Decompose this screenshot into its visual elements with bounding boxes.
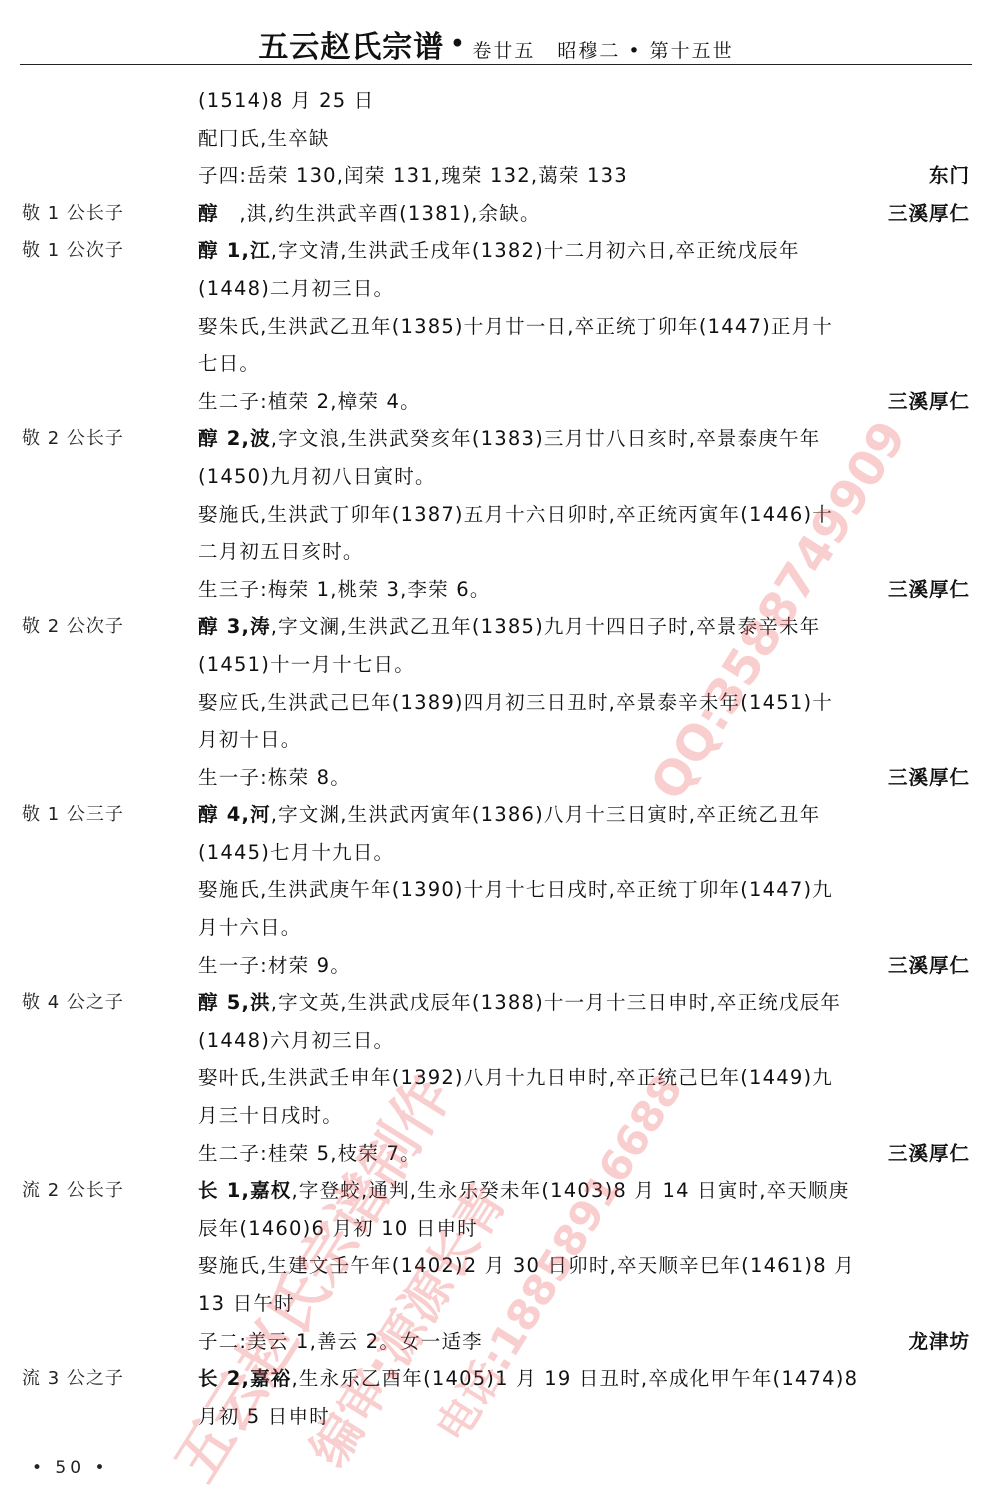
entry-text: 月初 5 日申时 [198,1398,330,1436]
entry-line: (1448)六月初三日。 [0,1022,992,1060]
entry-line: 子四:岳荣 130,闰荣 131,瑰荣 132,蔼荣 133东门 [0,157,992,195]
entry-detail: 二月初五日亥时。 [198,540,364,563]
entry-text: 七日。 [198,345,260,383]
relation-label: 敬 2 公长子 [22,420,124,458]
entry-detail: 生三子:梅荣 1,桃荣 3,李荣 6。 [198,578,491,601]
entry-detail: 月初十日。 [198,728,302,751]
entry-text: 醇 5,洪,字文英,生洪武戊辰年(1388)十一月十三日申时,卒正统戊辰年 [198,984,841,1022]
entry-line: (1514)8 月 25 日 [0,82,992,120]
entry-line: 子二:美云 1,善云 2。女一适李龙津坊 [0,1323,992,1361]
relation-label: 敬 1 公三子 [22,796,124,834]
residence-place: 龙津坊 [908,1323,970,1361]
residence-place: 三溪厚仁 [888,947,970,985]
residence-place: 东门 [929,157,970,195]
entry-line: (1445)七月十九日。 [0,834,992,872]
entry-detail: 13 日午时 [198,1292,295,1315]
entry-detail: ,字文英,生洪武戊辰年(1388)十一月十三日申时,卒正统戊辰年 [271,991,841,1014]
relation-label: 流 2 公长子 [22,1172,124,1210]
relation-label: 敬 4 公之子 [22,984,124,1022]
entry-line: 二月初五日亥时。 [0,533,992,571]
entry-text: 月十六日。 [198,909,302,947]
relation-label: 敬 1 公长子 [22,195,124,233]
entry-detail: 生一子:栋荣 8。 [198,766,351,789]
entry-line: 敬 4 公之子醇 5,洪,字文英,生洪武戊辰年(1388)十一月十三日申时,卒正… [0,984,992,1022]
entry-line: 敬 2 公长子醇 2,波,字文浪,生洪武癸亥年(1383)三月廿八日亥时,卒景泰… [0,420,992,458]
relation-label: 敬 2 公次子 [22,608,124,646]
entry-text: (1451)十一月十七日。 [198,646,415,684]
entry-text: 二月初五日亥时。 [198,533,364,571]
residence-place: 三溪厚仁 [888,383,970,421]
entry-detail: 辰年(1460)6 月初 10 日申时 [198,1217,478,1240]
entry-text: 子二:美云 1,善云 2。女一适李 [198,1323,483,1361]
entry-text: 配冂氏,生卒缺 [198,120,330,158]
entry-detail: 月初 5 日申时 [198,1405,330,1428]
entry-line: 月三十日戌时。 [0,1097,992,1135]
entry-detail: 娶施氏,生洪武庚午年(1390)十月十七日戌时,卒正统丁卯年(1447)九 [198,878,833,901]
entry-line: (1448)二月初三日。 [0,270,992,308]
entry-detail: (1451)十一月十七日。 [198,653,415,676]
entry-detail: ,淇,约生洪武辛酉(1381),余缺。 [219,202,541,225]
residence-place: 三溪厚仁 [888,1135,970,1173]
entry-detail: 七日。 [198,352,260,375]
entry-text: 醇 3,涛,字文澜,生洪武乙丑年(1385)九月十四日子时,卒景泰辛未年 [198,608,820,646]
entry-text: 子四:岳荣 130,闰荣 131,瑰荣 132,蔼荣 133 [198,157,628,195]
entry-line: 月初 5 日申时 [0,1398,992,1436]
entry-text: 辰年(1460)6 月初 10 日申时 [198,1210,478,1248]
entry-detail: 娶叶氏,生洪武壬申年(1392)八月十九日申时,卒正统己巳年(1449)九 [198,1066,833,1089]
entry-text: 醇 4,河,字文渊,生洪武丙寅年(1386)八月十三日寅时,卒正统乙丑年 [198,796,820,834]
entry-line: 生一子:材荣 9。三溪厚仁 [0,947,992,985]
entry-detail: 生一子:材荣 9。 [198,954,351,977]
entry-line: (1450)九月初八日寅时。 [0,458,992,496]
relation-label: 流 3 公之子 [22,1360,124,1398]
person-name: 长 2,嘉裕 [198,1367,291,1390]
entry-text: 生一子:栋荣 8。 [198,759,351,797]
entry-line: 娶叶氏,生洪武壬申年(1392)八月十九日申时,卒正统己巳年(1449)九 [0,1059,992,1097]
entry-text: 醇 2,波,字文浪,生洪武癸亥年(1383)三月廿八日亥时,卒景泰庚午年 [198,420,820,458]
entry-text: (1448)六月初三日。 [198,1022,394,1060]
entry-detail: 娶施氏,生洪武丁卯年(1387)五月十六日卯时,卒正统丙寅年(1446)十 [198,503,833,526]
entry-detail: (1448)二月初三日。 [198,277,394,300]
residence-place: 三溪厚仁 [888,571,970,609]
entry-detail: ,字文渊,生洪武丙寅年(1386)八月十三日寅时,卒正统乙丑年 [271,803,821,826]
entry-line: 娶应氏,生洪武己巳年(1389)四月初三日丑时,卒景泰辛未年(1451)十 [0,684,992,722]
person-name: 醇 1,江 [198,239,271,262]
entry-line: 娶朱氏,生洪武乙丑年(1385)十月廿一日,卒正统丁卯年(1447)正月十 [0,308,992,346]
entry-text: 月初十日。 [198,721,302,759]
entry-text: 生二子:桂荣 5,枝荣 7。 [198,1135,421,1173]
entry-text: 娶应氏,生洪武己巳年(1389)四月初三日丑时,卒景泰辛未年(1451)十 [198,684,833,722]
genealogy-entries: (1514)8 月 25 日配冂氏,生卒缺子四:岳荣 130,闰荣 131,瑰荣… [0,82,992,1435]
entry-text: 醇 ,淇,约生洪武辛酉(1381),余缺。 [198,195,541,233]
volume-label: 卷廿五 [472,40,535,62]
entry-line: 辰年(1460)6 月初 10 日申时 [0,1210,992,1248]
entry-line: 敬 1 公长子醇 ,淇,约生洪武辛酉(1381),余缺。三溪厚仁 [0,195,992,233]
entry-detail: (1450)九月初八日寅时。 [198,465,436,488]
entry-text: 娶施氏,生洪武庚午年(1390)十月十七日戌时,卒正统丁卯年(1447)九 [198,871,833,909]
entry-line: 生一子:栋荣 8。三溪厚仁 [0,759,992,797]
entry-detail: ,字文澜,生洪武乙丑年(1385)九月十四日子时,卒景泰辛未年 [271,615,821,638]
entry-line: 配冂氏,生卒缺 [0,120,992,158]
book-title: 五云赵氏宗谱 [258,30,444,65]
entry-detail: 娶朱氏,生洪武乙丑年(1385)十月廿一日,卒正统丁卯年(1447)正月十 [198,315,833,338]
entry-detail: 配冂氏,生卒缺 [198,127,330,150]
entry-detail: ,字文清,生洪武壬戌年(1382)十二月初六日,卒正统戊辰年 [271,239,800,262]
entry-line: 月十六日。 [0,909,992,947]
person-name: 醇 3,涛 [198,615,271,638]
entry-text: 生一子:材荣 9。 [198,947,351,985]
person-name: 醇 [198,202,219,225]
entry-text: 醇 1,江,字文清,生洪武壬戌年(1382)十二月初六日,卒正统戊辰年 [198,232,800,270]
relation-label: 敬 1 公次子 [22,232,124,270]
entry-text: 娶朱氏,生洪武乙丑年(1385)十月廿一日,卒正统丁卯年(1447)正月十 [198,308,833,346]
entry-line: 生二子:桂荣 5,枝荣 7。三溪厚仁 [0,1135,992,1173]
entry-text: 生二子:植荣 2,樟荣 4。 [198,383,421,421]
page-number: • 50 • [32,1458,109,1478]
entry-line: 敬 1 公次子醇 1,江,字文清,生洪武壬戌年(1382)十二月初六日,卒正统戊… [0,232,992,270]
entry-line: 13 日午时 [0,1285,992,1323]
entry-detail: 子四:岳荣 130,闰荣 131,瑰荣 132,蔼荣 133 [198,164,628,187]
entry-detail: 生二子:桂荣 5,枝荣 7。 [198,1142,421,1165]
entry-detail: 娶施氏,生建文壬午年(1402)2 月 30 日卯时,卒天顺辛巳年(1461)8… [198,1254,855,1277]
entry-text: 生三子:梅荣 1,桃荣 3,李荣 6。 [198,571,491,609]
entry-text: 娶叶氏,生洪武壬申年(1392)八月十九日申时,卒正统己巳年(1449)九 [198,1059,833,1097]
section-label: 昭穆二 • 第十五世 [557,40,733,62]
entry-line: 敬 1 公三子醇 4,河,字文渊,生洪武丙寅年(1386)八月十三日寅时,卒正统… [0,796,992,834]
residence-place: 三溪厚仁 [888,759,970,797]
entry-line: 娶施氏,生洪武丁卯年(1387)五月十六日卯时,卒正统丙寅年(1446)十 [0,496,992,534]
entry-line: 敬 2 公次子醇 3,涛,字文澜,生洪武乙丑年(1385)九月十四日子时,卒景泰… [0,608,992,646]
entry-detail: 娶应氏,生洪武己巳年(1389)四月初三日丑时,卒景泰辛未年(1451)十 [198,691,833,714]
entry-detail: ,字文浪,生洪武癸亥年(1383)三月廿八日亥时,卒景泰庚午年 [271,427,821,450]
entry-detail: ,生永乐乙酉年(1405)1 月 19 日丑时,卒成化甲午年(1474)8 [291,1367,858,1390]
entry-line: 流 3 公之子长 2,嘉裕,生永乐乙酉年(1405)1 月 19 日丑时,卒成化… [0,1360,992,1398]
person-name: 长 1,嘉权 [198,1179,291,1202]
entry-detail: 生二子:植荣 2,樟荣 4。 [198,390,421,413]
residence-place: 三溪厚仁 [888,195,970,233]
entry-text: (1450)九月初八日寅时。 [198,458,436,496]
entry-line: 流 2 公长子长 1,嘉权,字登蛟,通判,生永乐癸未年(1403)8 月 14 … [0,1172,992,1210]
entry-detail: (1448)六月初三日。 [198,1029,394,1052]
person-name: 醇 2,波 [198,427,271,450]
person-name: 醇 4,河 [198,803,271,826]
entry-text: (1514)8 月 25 日 [198,82,374,120]
entry-detail: (1445)七月十九日。 [198,841,394,864]
entry-detail: (1514)8 月 25 日 [198,89,374,112]
entry-line: 生三子:梅荣 1,桃荣 3,李荣 6。三溪厚仁 [0,571,992,609]
header-separator: • [450,31,464,57]
page-header: 五云赵氏宗谱•卷廿五昭穆二 • 第十五世 [0,22,992,62]
entry-text: 娶施氏,生洪武丁卯年(1387)五月十六日卯时,卒正统丙寅年(1446)十 [198,496,833,534]
entry-detail: 月十六日。 [198,916,302,939]
entry-detail: ,字登蛟,通判,生永乐癸未年(1403)8 月 14 日寅时,卒天顺庚 [291,1179,849,1202]
entry-text: (1448)二月初三日。 [198,270,394,308]
entry-detail: 子二:美云 1,善云 2。女一适李 [198,1330,483,1353]
entry-text: (1445)七月十九日。 [198,834,394,872]
entry-line: 七日。 [0,345,992,383]
entry-text: 长 1,嘉权,字登蛟,通判,生永乐癸未年(1403)8 月 14 日寅时,卒天顺… [198,1172,849,1210]
entry-line: 生二子:植荣 2,樟荣 4。三溪厚仁 [0,383,992,421]
entry-line: 娶施氏,生洪武庚午年(1390)十月十七日戌时,卒正统丁卯年(1447)九 [0,871,992,909]
entry-line: 月初十日。 [0,721,992,759]
header-rule [20,64,972,65]
entry-text: 月三十日戌时。 [198,1097,343,1135]
entry-detail: 月三十日戌时。 [198,1104,343,1127]
entry-text: 长 2,嘉裕,生永乐乙酉年(1405)1 月 19 日丑时,卒成化甲午年(147… [198,1360,858,1398]
entry-line: (1451)十一月十七日。 [0,646,992,684]
entry-line: 娶施氏,生建文壬午年(1402)2 月 30 日卯时,卒天顺辛巳年(1461)8… [0,1247,992,1285]
entry-text: 13 日午时 [198,1285,295,1323]
person-name: 醇 5,洪 [198,991,271,1014]
entry-text: 娶施氏,生建文壬午年(1402)2 月 30 日卯时,卒天顺辛巳年(1461)8… [198,1247,855,1285]
